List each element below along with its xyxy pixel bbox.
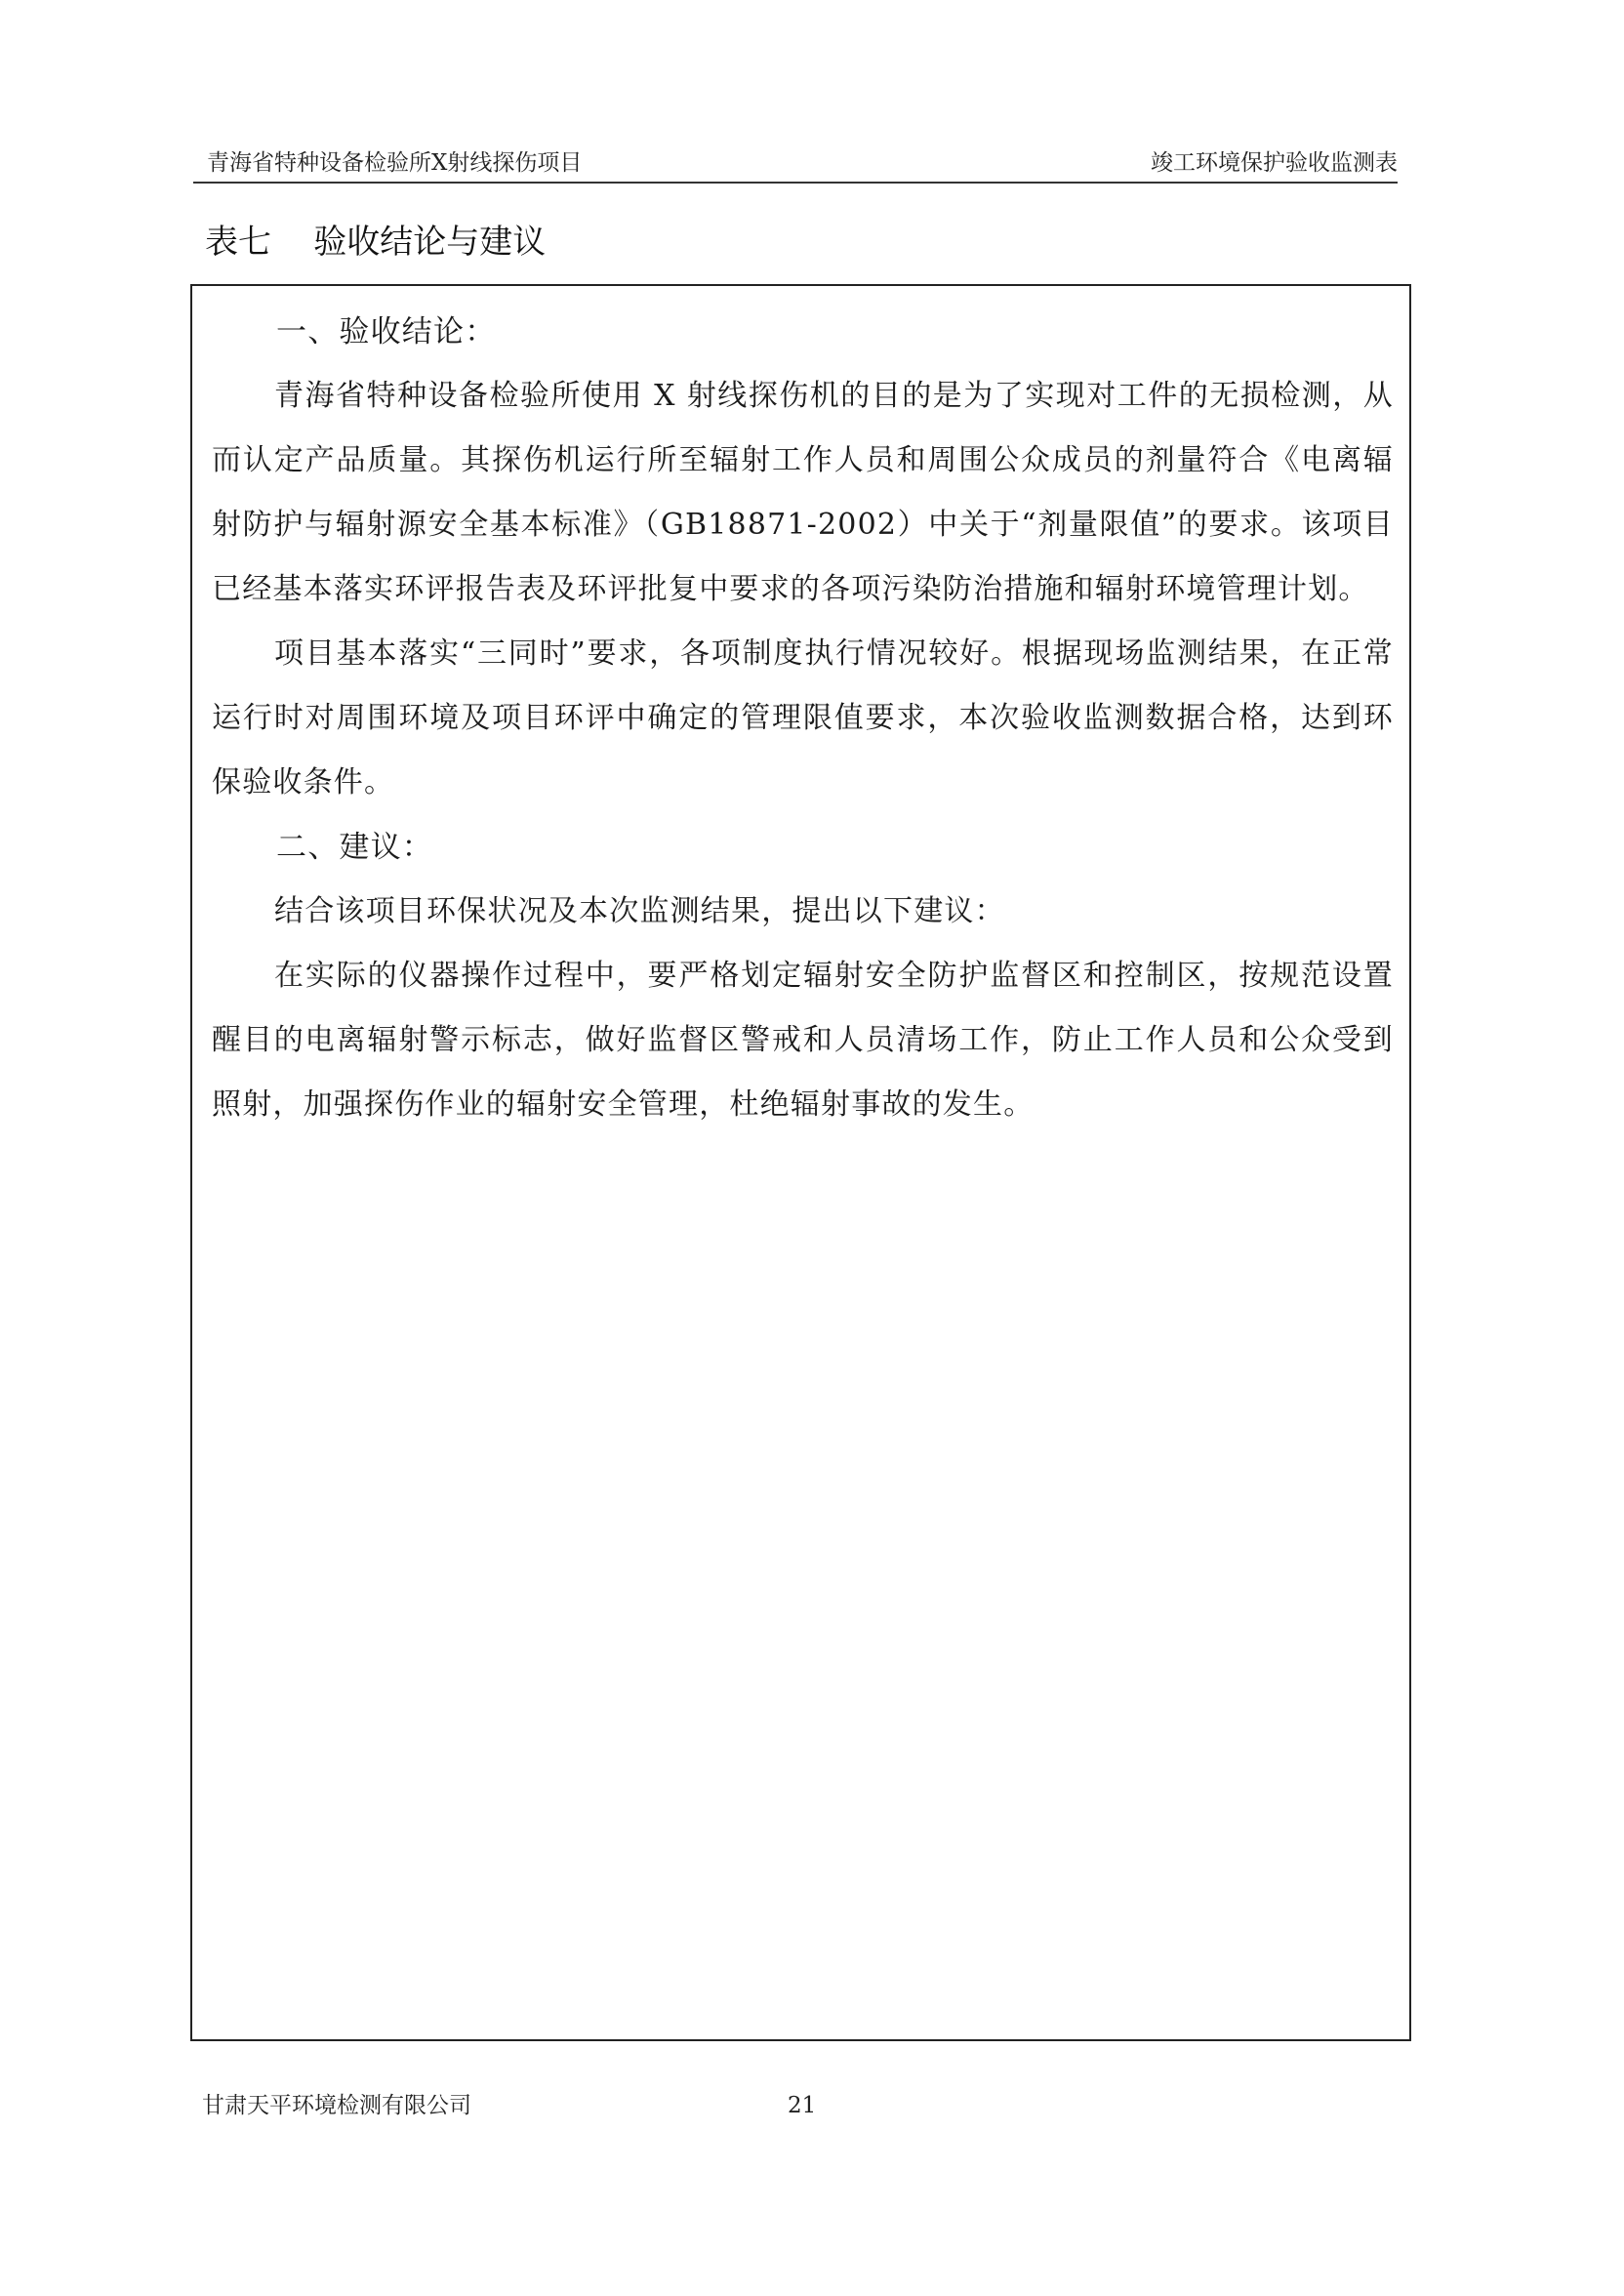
paragraph: 青海省特种设备检验所使用 X 射线探伤机的目的是为了实现对工件的无损检测，从而认… — [212, 364, 1394, 622]
section-heading: 一、验收结论： — [212, 300, 1394, 364]
header-project-name: 青海省特种设备检验所X射线探伤项目 — [207, 148, 582, 178]
page-header: 青海省特种设备检验所X射线探伤项目 竣工环境保护验收监测表 — [193, 146, 1398, 184]
section-heading: 二、建议： — [212, 815, 1394, 880]
header-document-type: 竣工环境保护验收监测表 — [1151, 148, 1398, 178]
section-recommendations: 二、建议： 结合该项目环保状况及本次监测结果，提出以下建议： 在实际的仪器操作过… — [212, 815, 1394, 1137]
content-box: 一、验收结论： 青海省特种设备检验所使用 X 射线探伤机的目的是为了实现对工件的… — [190, 284, 1411, 2041]
paragraph: 结合该项目环保状况及本次监测结果，提出以下建议： — [212, 880, 1394, 944]
table-number: 表七 — [205, 223, 271, 262]
paragraph: 在实际的仪器操作过程中，要严格划定辐射安全防护监督区和控制区，按规范设置醒目的电… — [212, 944, 1394, 1137]
page-footer: 甘肃天平环境检测有限公司 21 — [202, 2089, 1402, 2128]
section-acceptance-conclusion: 一、验收结论： 青海省特种设备检验所使用 X 射线探伤机的目的是为了实现对工件的… — [212, 300, 1394, 815]
content-body: 一、验收结论： 青海省特种设备检验所使用 X 射线探伤机的目的是为了实现对工件的… — [212, 300, 1394, 1137]
page-title: 表七 验收结论与建议 — [205, 221, 546, 264]
footer-company: 甘肃天平环境检测有限公司 — [202, 2089, 471, 2122]
title-text: 验收结论与建议 — [313, 223, 546, 262]
paragraph: 项目基本落实“三同时”要求，各项制度执行情况较好。根据现场监测结果，在正常运行时… — [212, 622, 1394, 815]
page-number: 21 — [788, 2089, 816, 2122]
